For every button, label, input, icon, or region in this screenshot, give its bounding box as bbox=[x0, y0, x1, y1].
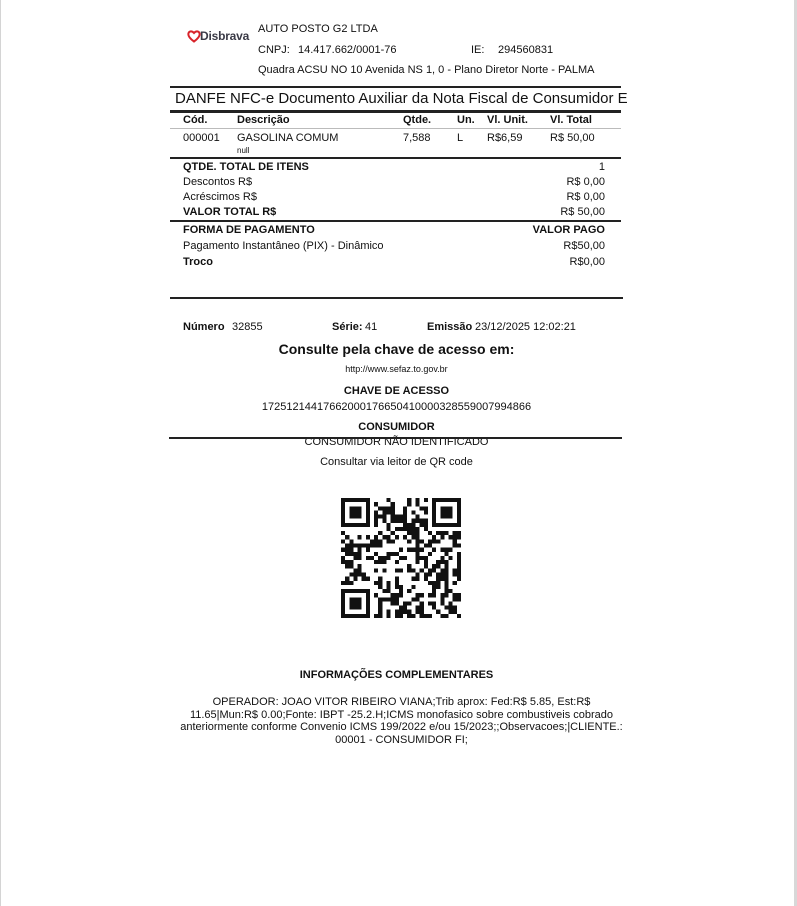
payment-method-header: FORMA DE PAGAMENTO bbox=[183, 224, 315, 236]
company-address: Quadra ACSU NO 10 Avenida NS 1, 0 - Plan… bbox=[258, 64, 594, 76]
qr-hint: Consultar via leitor de QR code bbox=[169, 456, 624, 468]
col-total: Vl. Total bbox=[550, 114, 592, 126]
logo-text: Disbrava bbox=[200, 29, 249, 43]
item-unit: L bbox=[457, 132, 463, 144]
item-description: GASOLINA COMUM bbox=[237, 132, 338, 144]
ie-label: IE: bbox=[471, 44, 484, 56]
qr-code-icon bbox=[341, 498, 461, 618]
additions-label: Acréscimos R$ bbox=[183, 191, 257, 203]
company-logo: Disbrava bbox=[187, 28, 247, 48]
number-value: 32855 bbox=[232, 321, 263, 333]
divider bbox=[170, 220, 621, 222]
access-key-label: CHAVE DE ACESSO bbox=[169, 385, 624, 397]
item-total: R$ 50,00 bbox=[550, 132, 595, 144]
divider bbox=[170, 128, 621, 129]
cnpj-value: 14.417.662/0001-76 bbox=[298, 44, 396, 56]
series-label: Série: bbox=[332, 321, 363, 333]
consult-title: Consulte pela chave de acesso em: bbox=[169, 341, 624, 357]
grand-total-label: VALOR TOTAL R$ bbox=[183, 206, 276, 218]
payment-method: Pagamento Instantâneo (PIX) - Dinâmico bbox=[183, 240, 384, 252]
emission-date: 23/12/2025 12:02:21 bbox=[475, 321, 576, 333]
emission-label: Emissão bbox=[427, 321, 472, 333]
item-sub-description: null bbox=[237, 146, 249, 155]
total-items-value: 1 bbox=[599, 161, 605, 173]
divider bbox=[169, 437, 622, 439]
payment-value: R$50,00 bbox=[563, 240, 605, 252]
additions-value: R$ 0,00 bbox=[566, 191, 605, 203]
access-key: 1725121441766200017665041000032855900799… bbox=[169, 401, 624, 413]
ie-value: 294560831 bbox=[498, 44, 553, 56]
col-unit-price: Vl. Unit. bbox=[487, 114, 528, 126]
item-qty: 7,588 bbox=[403, 132, 431, 144]
divider bbox=[170, 86, 621, 88]
divider bbox=[170, 110, 621, 113]
item-code: 000001 bbox=[183, 132, 220, 144]
col-code: Cód. bbox=[183, 114, 207, 126]
divider bbox=[170, 157, 621, 159]
col-qty: Qtde. bbox=[403, 114, 431, 126]
discounts-value: R$ 0,00 bbox=[566, 176, 605, 188]
discounts-label: Descontos R$ bbox=[183, 176, 252, 188]
consult-url[interactable]: http://www.sefaz.to.gov.br bbox=[169, 364, 624, 374]
document-page: Disbrava AUTO POSTO G2 LTDA CNPJ: 14.417… bbox=[0, 0, 797, 906]
col-unit: Un. bbox=[457, 114, 475, 126]
series-value: 41 bbox=[365, 321, 377, 333]
change-label: Troco bbox=[183, 256, 213, 268]
consumer-label: CONSUMIDOR bbox=[169, 421, 624, 433]
heart-logo-icon bbox=[187, 29, 201, 43]
company-name: AUTO POSTO G2 LTDA bbox=[258, 23, 378, 35]
additional-info-text: OPERADOR: JOAO VITOR RIBEIRO VIANA;Trib … bbox=[179, 696, 624, 746]
change-value: R$0,00 bbox=[570, 256, 605, 268]
payment-value-header: VALOR PAGO bbox=[533, 224, 605, 236]
additional-info-title: INFORMAÇÕES COMPLEMENTARES bbox=[169, 669, 624, 681]
grand-total-value: R$ 50,00 bbox=[560, 206, 605, 218]
divider bbox=[170, 297, 623, 299]
number-label: Número bbox=[183, 321, 225, 333]
cnpj-label: CNPJ: bbox=[258, 44, 290, 56]
col-description: Descrição bbox=[237, 114, 290, 126]
total-items-label: QTDE. TOTAL DE ITENS bbox=[183, 161, 309, 173]
item-unit-price: R$6,59 bbox=[487, 132, 522, 144]
document-title: DANFE NFC-e Documento Auxiliar da Nota F… bbox=[175, 90, 628, 107]
